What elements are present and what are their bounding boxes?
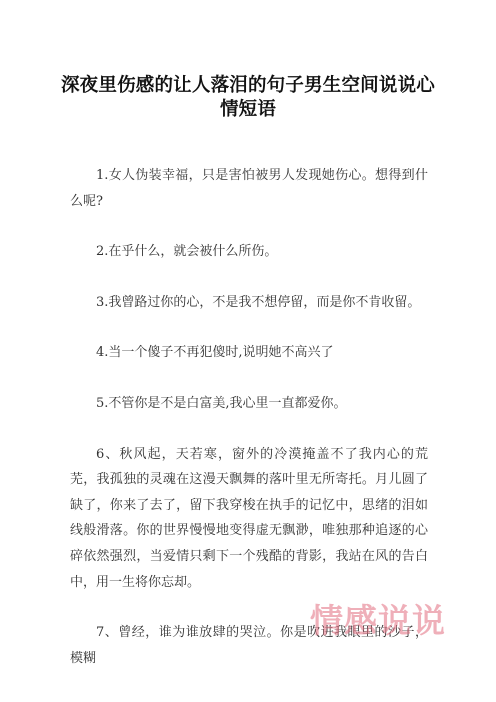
spacer [70,315,428,340]
paragraph-3: 3.我曾路过你的心，不是我不想停留，而是你不肯收留。 [70,290,428,316]
paragraph-1: 1.女人伪装幸福，只是害怕被男人发现她伤心。想得到什么呢? [70,163,428,214]
document-page: 深夜里伤感的让人落泪的句子男生空间说说心情短语 1.女人伪装幸福，只是害怕被男人… [0,0,496,702]
paragraph-6: 6、秋风起，天若寒，窗外的冷漠掩盖不了我内心的荒芜，我孤独的灵魂在这漫天飘舞的落… [70,442,428,596]
spacer [70,214,428,239]
article-body: 1.女人伪装幸福，只是害怕被男人发现她伤心。想得到什么呢? 2.在乎什么，就会被… [70,163,428,671]
page-title: 深夜里伤感的让人落泪的句子男生空间说说心情短语 [60,74,436,122]
watermark-logo: 情感说说 [310,603,470,639]
spacer [70,417,428,442]
paragraph-4: 4.当一个傻子不再犯傻时,说明她不高兴了 [70,340,428,366]
paragraph-2: 2.在乎什么，就会被什么所伤。 [70,239,428,265]
paragraph-5: 5.不管你是不是白富美,我心里一直都爱你。 [70,391,428,417]
spacer [70,265,428,290]
spacer [70,366,428,391]
